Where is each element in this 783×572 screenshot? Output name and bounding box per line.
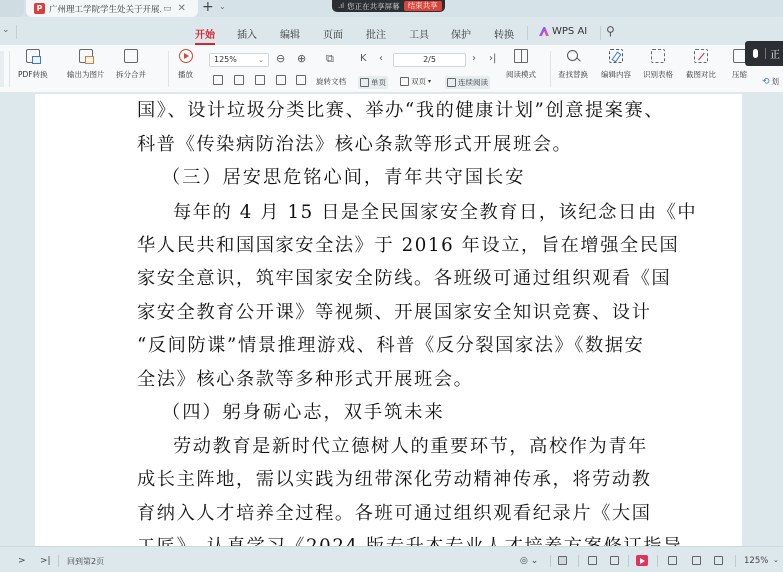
back-to-page-link[interactable]: 回到第2页 (67, 556, 104, 567)
screenshot-compare-icon (694, 49, 708, 63)
menu-tools[interactable]: 工具 (409, 26, 429, 41)
double-page-view-icon[interactable] (610, 556, 619, 565)
microphone-icon (753, 49, 758, 58)
doc-line: 国》、设计垃圾分类比赛、举办“我的健康计划”创意提案赛、 (137, 96, 664, 122)
menu-page[interactable]: 页面 (323, 26, 343, 41)
cut-button[interactable]: ⟲ 划 (762, 76, 779, 87)
divider (657, 555, 658, 567)
pdf-convert-icon (26, 49, 40, 63)
find-replace-label: 查找替换 (558, 69, 588, 80)
search-icon[interactable]: ⚲ (606, 24, 615, 38)
recognize-table-icon (651, 49, 665, 63)
split-merge-button[interactable]: 拆分合并 (116, 49, 146, 80)
play-label: 播放 (178, 69, 193, 80)
next-page-icon[interactable]: › (472, 53, 476, 64)
edit-content-icon (609, 49, 623, 63)
voice-input-overlay[interactable]: 正 (745, 41, 783, 66)
rotate-doc-label[interactable]: 旋转文档 (316, 76, 346, 87)
signal-icon: .ıl (338, 2, 344, 10)
actual-size-icon[interactable] (213, 75, 223, 85)
title-bar: P 广州理工学院学生处关于开展... ▭ ✕ + ⌄ .ıl 您正在共享屏幕 结… (0, 0, 783, 17)
prev-page-icon[interactable]: ‹ (379, 53, 383, 64)
divider (735, 555, 736, 567)
chevron-down-icon: ⌄ (258, 54, 264, 66)
actual-size-icon[interactable] (668, 556, 677, 565)
rotate-right-icon[interactable] (296, 75, 306, 85)
read-mode-icon (514, 49, 528, 63)
divider (550, 555, 551, 567)
read-mode-label: 阅读模式 (506, 69, 536, 80)
fit-width-icon[interactable] (714, 556, 723, 565)
doc-line: 华人民共和国国家安全法》于 2016 年设立，旨在增强全民国 (137, 231, 679, 257)
zoom-value: 125% (214, 55, 237, 64)
rotate-left-icon[interactable] (276, 75, 286, 85)
cut-label: 划 (772, 76, 780, 87)
single-page-label: 单页 (371, 77, 386, 88)
zoom-select[interactable]: 125% ⌄ (209, 53, 269, 67)
zoom-level[interactable]: 125% (744, 556, 768, 566)
continuous-read-button[interactable]: 连续阅读 (445, 76, 490, 89)
divider (628, 555, 629, 567)
wps-ai-label: WPS AI (552, 26, 587, 37)
single-page-icon (360, 78, 369, 87)
ribbon-toolbar: PDF转换 输出为图片 拆分合并 播放 125% ⌄ ⊖ ⊕ ⧉ 旋转文档 K … (0, 45, 783, 93)
single-page-view-icon[interactable] (588, 556, 597, 565)
end-share-button[interactable]: 结束共享 (404, 1, 442, 11)
screen-share-banner: .ıl 您正在共享屏幕 结束共享 (332, 0, 445, 12)
document-tab[interactable]: P 广州理工学院学生处关于开展... ▭ ✕ (26, 0, 198, 17)
doc-line: 每年的 4 月 15 日是全民国家安全教育日，该纪念日由《中 (173, 198, 697, 224)
doc-line: 育纳入人才培养全过程。各班可通过组织观看纪录片《大国 (137, 499, 651, 525)
doc-line: 劳动教育是新时代立德树人的重要环节，高校作为青年 (173, 432, 648, 458)
divider (527, 26, 528, 40)
zoom-out-icon[interactable]: ⊖ (276, 52, 285, 65)
double-page-button[interactable]: 双页 ▾ (400, 76, 431, 87)
screen-icon[interactable]: ▭ (163, 4, 172, 14)
fit-page-icon[interactable] (692, 556, 701, 565)
doc-line: 家安全教育公开课》等视频、开展国家安全知识竞赛、设计 (137, 298, 651, 324)
recognize-table-label: 识别表格 (643, 69, 673, 80)
menu-edit[interactable]: 编辑 (280, 26, 300, 41)
edit-content-button[interactable]: 编辑内容 (601, 49, 631, 80)
menu-protect[interactable]: 保护 (451, 26, 471, 41)
menu-bar: ⌄ 开始 插入 编辑 页面 批注 工具 保护 转换 WPS AI ⚲ (0, 17, 783, 45)
split-merge-icon (124, 49, 138, 63)
divider (58, 555, 59, 567)
divider (9, 51, 10, 87)
chevron-down-icon: ▾ (428, 78, 431, 85)
doc-line: 家安全意识，筑牢国家安全防线。各班级可通过组织观看《国 (137, 264, 671, 290)
single-page-button[interactable]: 单页 (358, 76, 388, 89)
voice-label: 正 (770, 46, 780, 61)
divider (168, 51, 169, 87)
title-bar-left (0, 0, 24, 17)
recognize-table-button[interactable]: 识别表格 (643, 49, 673, 80)
first-page-icon[interactable]: K (360, 53, 367, 64)
play-icon[interactable] (636, 555, 648, 566)
chevron-down-icon[interactable]: ⌄ (773, 556, 779, 564)
doc-line: 全法》核心条款等多种形式开展班会。 (137, 365, 473, 391)
menu-insert[interactable]: 插入 (237, 26, 257, 41)
wps-ai-logo-icon (539, 27, 549, 36)
screenshot-compare-button[interactable]: 截图对比 (686, 49, 716, 80)
divider (550, 51, 551, 87)
doc-line: “反间防谍”情景推理游戏、科普《反分裂国家法》《数据安 (137, 331, 644, 357)
compress-label: 压缩 (732, 69, 747, 80)
last-page-button[interactable]: >| (40, 556, 51, 566)
continuous-view-icon[interactable] (558, 556, 567, 565)
export-image-button[interactable]: 输出为图片 (67, 49, 105, 80)
pdf-convert-button[interactable]: PDF转换 (18, 49, 48, 80)
eye-protection-toggle[interactable]: ◎ ⌄ (520, 556, 538, 566)
fit-page-icon[interactable] (234, 75, 244, 85)
status-bar: > >| 回到第2页 ◎ ⌄ 125% ⌄ (0, 546, 783, 572)
double-page-icon (400, 77, 409, 86)
rotate-doc-icon[interactable]: ⧉ (326, 52, 334, 66)
divider (600, 26, 601, 40)
ribbon-left-stub (0, 51, 4, 87)
find-replace-button[interactable]: 查找替换 (558, 49, 588, 80)
menu-convert[interactable]: 转换 (494, 26, 514, 41)
new-tab-dropdown[interactable]: ⌄ (219, 2, 226, 11)
continuous-read-icon (447, 78, 456, 87)
next-page-button[interactable]: > (18, 556, 26, 566)
close-tab-icon[interactable]: ✕ (178, 3, 186, 14)
doc-line: 科普《传染病防治法》核心条款等形式开展班会。 (137, 130, 572, 156)
refresh-icon: ⟲ (762, 77, 770, 87)
export-image-label: 输出为图片 (67, 69, 105, 80)
screenshot-compare-label: 截图对比 (686, 69, 716, 80)
tab-title: 广州理工学院学生处关于开展... (49, 3, 161, 15)
split-merge-label: 拆分合并 (116, 69, 146, 80)
last-page-icon[interactable]: ›| (489, 53, 496, 64)
fit-width-icon[interactable] (255, 75, 265, 85)
menu-start[interactable]: 开始 (195, 26, 215, 41)
doc-line: 成长主阵地，需以实践为纽带深化劳动精神传承，将劳动教 (137, 465, 651, 491)
edit-content-label: 编辑内容 (601, 69, 631, 80)
zoom-in-icon[interactable]: ⊕ (297, 52, 306, 65)
menu-annotate[interactable]: 批注 (366, 26, 386, 41)
continuous-read-label: 连续阅读 (458, 77, 488, 88)
play-icon (179, 49, 193, 63)
read-mode-button[interactable]: 阅读模式 (506, 49, 536, 80)
double-page-label: 双页 (411, 76, 426, 87)
doc-heading: （四）躬身砺心志，双手筑未来 (162, 398, 445, 424)
play-button[interactable]: 播放 (178, 49, 193, 80)
chevron-down-icon[interactable]: ⌄ (2, 25, 10, 35)
pdf-icon: P (34, 3, 45, 14)
search-icon (566, 49, 580, 63)
divider (765, 48, 766, 59)
new-tab-button[interactable]: + (202, 0, 214, 15)
page-input[interactable]: 2/5 (393, 53, 466, 67)
divider (16, 25, 17, 39)
divider (578, 555, 579, 567)
export-image-icon (79, 49, 93, 63)
doc-heading: （三）居安思危铭心间，青年共守国长安 (162, 163, 525, 189)
share-status-text: 您正在共享屏幕 (347, 1, 400, 12)
pdf-convert-label: PDF转换 (18, 69, 48, 80)
wps-ai-button[interactable]: WPS AI (539, 26, 587, 37)
